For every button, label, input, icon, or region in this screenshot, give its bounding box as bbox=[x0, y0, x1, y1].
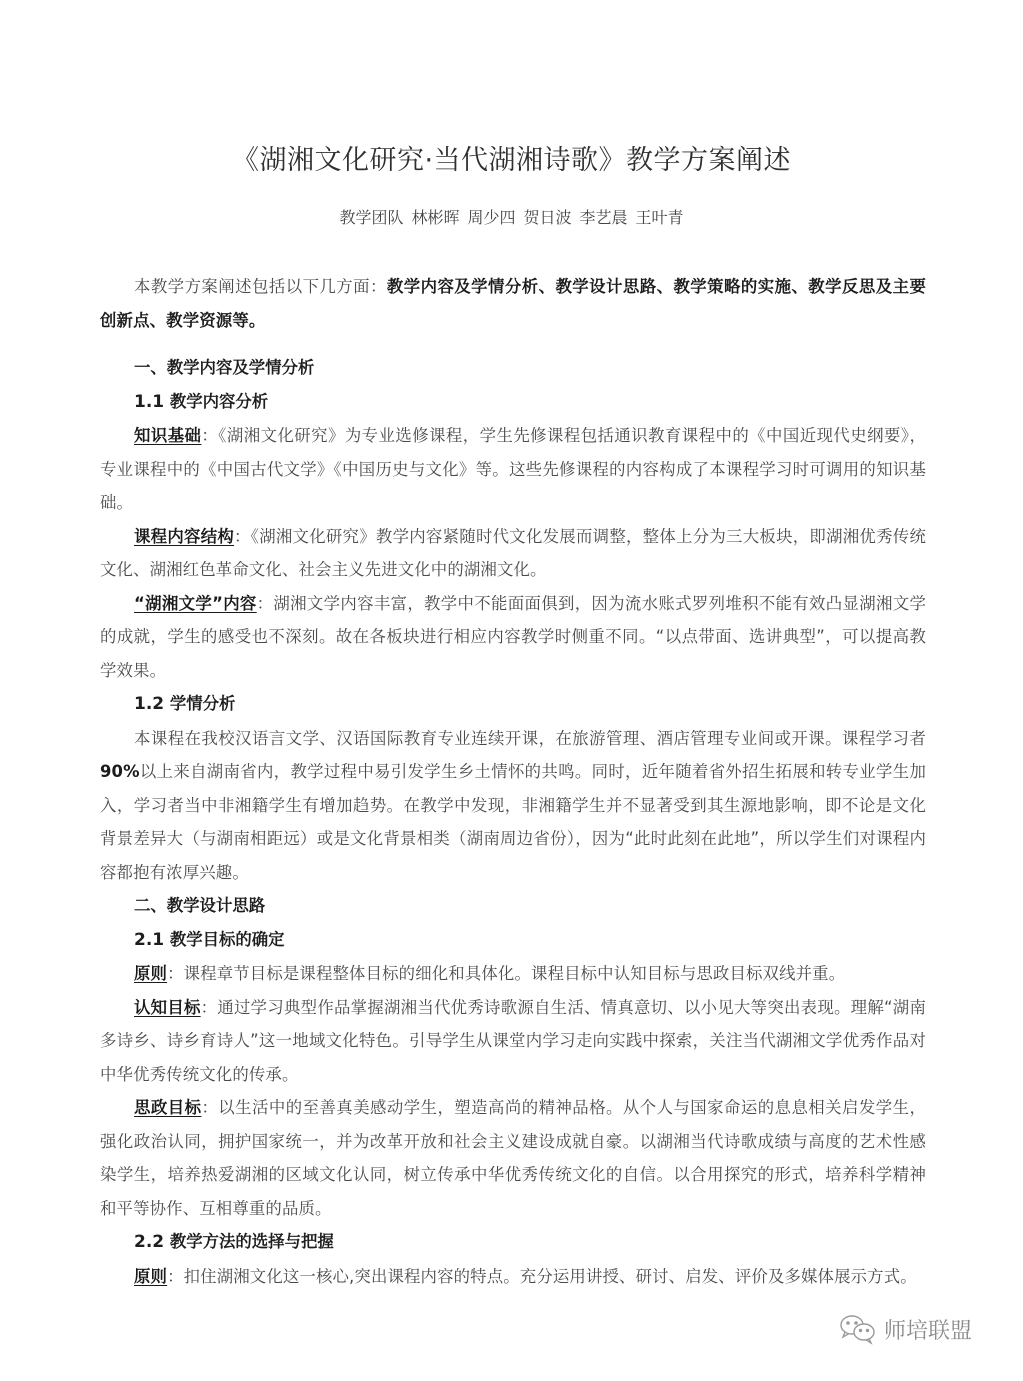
paragraph-cognitive-goals: 认知目标：通过学习典型作品掌握湖湘当代优秀诗歌源自生活、情真意切、以小见大等突出… bbox=[100, 991, 926, 1092]
paragraph-text: 以上来自湖南省内，教学过程中易引发学生乡土情怀的共鸣。同时，近年随着省外招生拓展… bbox=[100, 762, 926, 882]
document-body: 本教学方案阐述包括以下几方面：教学内容及学情分析、教学设计思路、教学策略的实施、… bbox=[100, 270, 926, 1293]
paragraph-text: ：以生活中的至善真美感动学生，塑造高尚的精神品格。从个人与国家命运的息息相关启发… bbox=[100, 1098, 926, 1218]
paragraph-learner-analysis: 本课程在我校汉语言文学、汉语国际教育专业连续开课，在旅游管理、酒店管理专业间或开… bbox=[100, 722, 926, 890]
paragraph-method-principle: 原则：扣住湖湘文化这一核心,突出课程内容的特点。充分运用讲授、研讨、启发、评价及… bbox=[100, 1260, 926, 1294]
paragraph-huxiang-literature: “湖湘文学”内容：湖湘文学内容丰富，教学中不能面面俱到，因为流水账式罗列堆积不能… bbox=[100, 587, 926, 688]
paragraph-knowledge-basis: 知识基础：《湖湘文化研究》为专业选修课程，学生先修课程包括通识教育课程中的《中国… bbox=[100, 419, 926, 520]
intro-lead: 本教学方案阐述包括以下几方面： bbox=[134, 277, 387, 296]
paragraph-label: 原则 bbox=[134, 1267, 167, 1286]
paragraph-label: “湖湘文学”内容 bbox=[134, 594, 257, 613]
team-label: 教学团队 bbox=[339, 208, 403, 227]
paragraph-course-structure: 课程内容结构：《湖湘文化研究》教学内容紧随时代文化发展而调整，整体上分为三大板块… bbox=[100, 520, 926, 587]
paragraph-ideological-goals: 思政目标：以生活中的至善真美感动学生，塑造高尚的精神品格。从个人与国家命运的息息… bbox=[100, 1091, 926, 1225]
wechat-icon bbox=[838, 1313, 878, 1345]
intro-paragraph: 本教学方案阐述包括以下几方面：教学内容及学情分析、教学设计思路、教学策略的实施、… bbox=[100, 270, 926, 337]
author-name: 李艺晨 bbox=[580, 208, 628, 227]
subsection-title: 教学方法的选择与把握 bbox=[170, 1232, 334, 1251]
subsection-number: 1.2 bbox=[134, 694, 164, 714]
paragraph-principle: 原则：课程章节目标是课程整体目标的细化和具体化。课程目标中认知目标与思政目标双线… bbox=[100, 957, 926, 991]
paragraph-text: ：《湖湘文化研究》为专业选修课程，学生先修课程包括通识教育课程中的《中国近现代史… bbox=[100, 426, 926, 512]
subsection-title: 学情分析 bbox=[170, 694, 236, 713]
subsection-heading-1-2: 1.2 学情分析 bbox=[100, 687, 926, 722]
author-name: 林彬晖 bbox=[411, 208, 459, 227]
subsection-number: 1.1 bbox=[134, 392, 164, 412]
subsection-number: 2.2 bbox=[134, 1232, 164, 1252]
section-heading-1: 一、教学内容及学情分析 bbox=[100, 351, 926, 385]
subsection-number: 2.1 bbox=[134, 930, 164, 950]
paragraph-label: 原则 bbox=[134, 964, 167, 983]
author-name: 王叶青 bbox=[636, 208, 684, 227]
document-page: 《湖湘文化研究·当代湖湘诗歌》教学方案阐述 教学团队林彬晖周少四贺日波李艺晨王叶… bbox=[0, 0, 1023, 1381]
subsection-heading-2-1: 2.1 教学目标的确定 bbox=[100, 923, 926, 958]
author-line: 教学团队林彬晖周少四贺日波李艺晨王叶青 bbox=[0, 205, 1023, 228]
subsection-heading-1-1: 1.1 教学内容分析 bbox=[100, 385, 926, 420]
subsection-title: 教学目标的确定 bbox=[170, 930, 285, 949]
paragraph-label: 知识基础 bbox=[134, 426, 201, 445]
subsection-title: 教学内容分析 bbox=[170, 392, 268, 411]
watermark-text: 师培联盟 bbox=[884, 1314, 972, 1345]
paragraph-label: 课程内容结构 bbox=[134, 527, 234, 546]
paragraph-text: ：课程章节目标是课程整体目标的细化和具体化。课程目标中认知目标与思政目标双线并重… bbox=[167, 964, 845, 983]
author-name: 贺日波 bbox=[524, 208, 572, 227]
subsection-heading-2-2: 2.2 教学方法的选择与把握 bbox=[100, 1225, 926, 1260]
paragraph-label: 认知目标 bbox=[134, 998, 201, 1017]
paragraph-label: 思政目标 bbox=[134, 1098, 201, 1117]
percent-value: 90% bbox=[100, 762, 140, 781]
document-title: 《湖湘文化研究·当代湖湘诗歌》教学方案阐述 bbox=[0, 138, 1023, 177]
watermark: 师培联盟 bbox=[838, 1313, 972, 1345]
author-name: 周少四 bbox=[467, 208, 515, 227]
paragraph-text: 本课程在我校汉语言文学、汉语国际教育专业连续开课，在旅游管理、酒店管理专业间或开… bbox=[134, 729, 926, 748]
section-heading-2: 二、教学设计思路 bbox=[100, 889, 926, 923]
paragraph-text: ：扣住湖湘文化这一核心,突出课程内容的特点。充分运用讲授、研讨、启发、评价及多媒… bbox=[167, 1267, 917, 1286]
paragraph-text: ：通过学习典型作品掌握湖湘当代优秀诗歌源自生活、情真意切、以小见大等突出表现。理… bbox=[100, 998, 926, 1084]
